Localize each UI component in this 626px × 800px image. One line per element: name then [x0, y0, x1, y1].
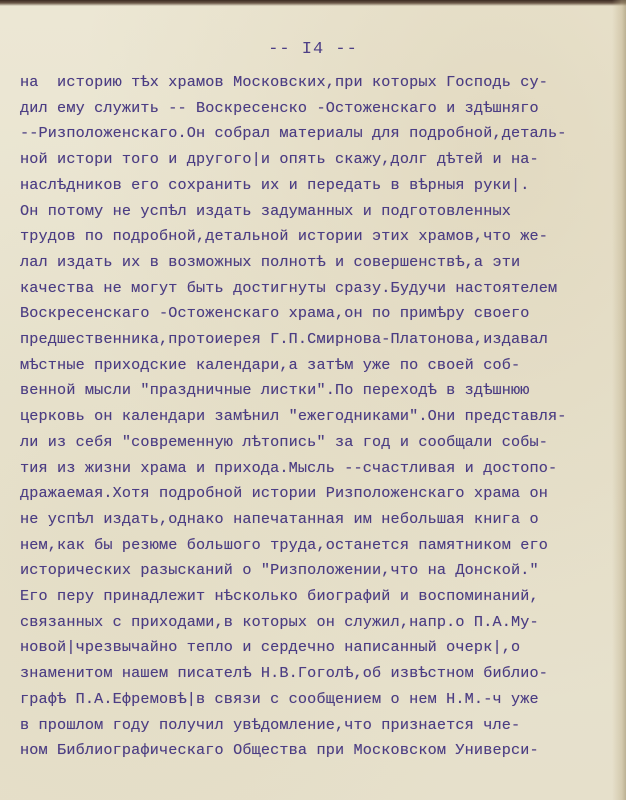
text-line: тия из жизни храма и прихода.Мысль --сча… — [20, 456, 620, 482]
text-line: исторических разысканий о "Ризположении,… — [20, 558, 620, 584]
text-line: мѣстные приходские календари,а затѣм уже… — [20, 353, 620, 379]
text-line: предшественника,протоиерея Г.П.Смирнова-… — [20, 327, 620, 353]
text-line: венной мысли "праздничные листки".По пер… — [20, 378, 620, 404]
page-number: -- I4 -- — [0, 40, 626, 59]
document-page: -- I4 -- на историю тѣх храмов Московски… — [0, 0, 626, 800]
text-line: Воскресенскаго -Остоженскаго храма,он по… — [20, 301, 620, 327]
text-line: не успѣл издать,однако напечатанная им н… — [20, 507, 620, 533]
text-line: Его перу принадлежит нѣсколько биографий… — [20, 584, 620, 610]
text-line: Он потому не успѣл издать задуманных и п… — [20, 199, 620, 225]
text-line: --Ризположенскаго.Он собрал материалы дл… — [20, 121, 620, 147]
text-line: ной истори того и другого|и опять скажу,… — [20, 147, 620, 173]
text-line: ном Библиографическаго Общества при Моск… — [20, 738, 620, 764]
text-line: трудов по подробной,детальной истории эт… — [20, 224, 620, 250]
page-top-edge — [0, 0, 626, 6]
typewritten-body: на историю тѣх храмов Московских,при кот… — [20, 70, 620, 764]
text-line: церковь он календари замѣнил "ежегодника… — [20, 404, 620, 430]
text-line: дражаемая.Хотя подробной истории Ризполо… — [20, 481, 620, 507]
text-line: наслѣдников его сохранить их и передать … — [20, 173, 620, 199]
text-line: в прошлом году получил увѣдомление,что п… — [20, 713, 620, 739]
text-line: новой|чрезвычайно тепло и сердечно напис… — [20, 635, 620, 661]
text-line: на историю тѣх храмов Московских,при кот… — [20, 70, 620, 96]
text-line: лал издать их в возможных полнотѣ и сове… — [20, 250, 620, 276]
text-line: знаменитом нашем писателѣ Н.В.Гоголѣ,об … — [20, 661, 620, 687]
text-line: качества не могут быть достигнуты сразу.… — [20, 276, 620, 302]
text-line: связанных с приходами,в которых он служи… — [20, 610, 620, 636]
text-line: графѣ П.А.Ефремовѣ|в связи с сообщением … — [20, 687, 620, 713]
text-line: нем,как бы резюме большого труда,останет… — [20, 533, 620, 559]
text-line: ли из себя "современную лѣтопись" за год… — [20, 430, 620, 456]
text-line: дил ему служить -- Воскресенско -Остожен… — [20, 96, 620, 122]
